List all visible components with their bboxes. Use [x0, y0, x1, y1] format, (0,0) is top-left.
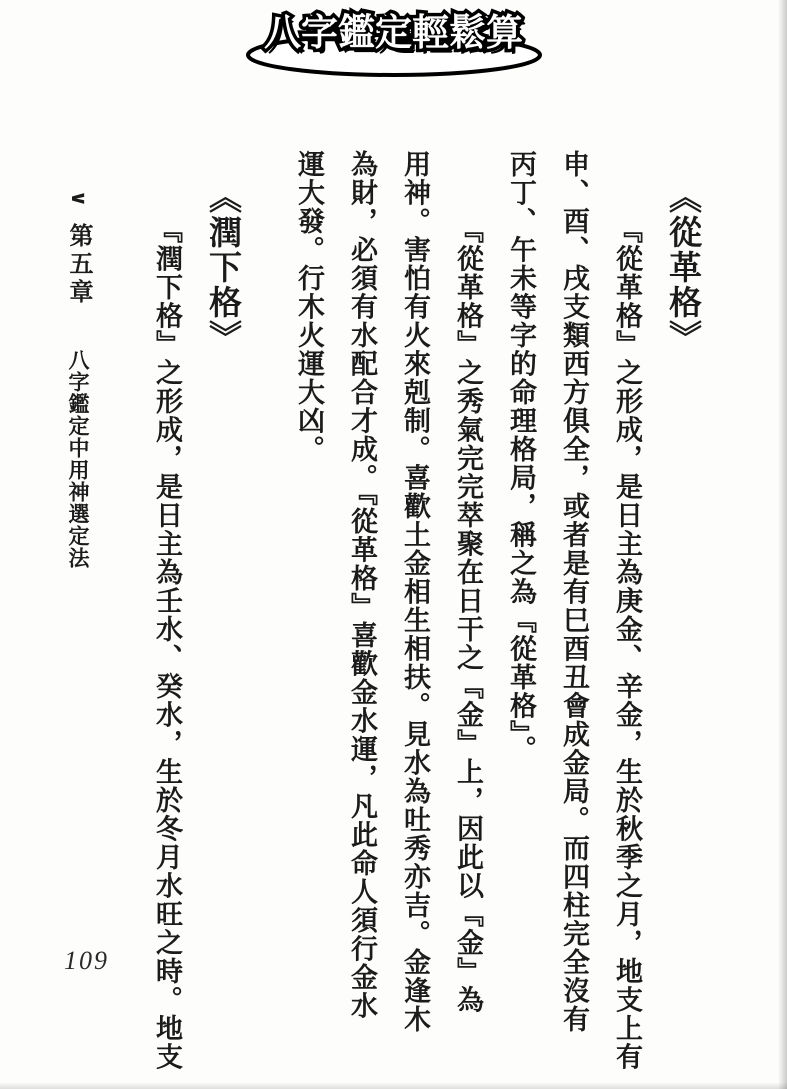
- book-title-text: 八字鑑定輕鬆算: [264, 12, 523, 53]
- chapter-title: 八字鑑定中用神選定法: [66, 349, 90, 569]
- text-column: 為財，必須有水配合才成。『從革格』喜歡金水運，凡此命人須行金水: [335, 150, 388, 1044]
- text-column: 運大發。行木火運大凶。: [282, 150, 335, 1044]
- main-text-block: 《從革格》 『從革格』之形成，是日主為庚金、辛金，生於秋季之月，地支上有 申、酉…: [140, 150, 710, 1044]
- chapter-number: 第五章: [65, 223, 91, 307]
- book-logo: 八字鑑定輕鬆算 八字鑑定輕鬆算: [239, 2, 549, 78]
- section-heading-congge: 《從革格》: [653, 150, 710, 1044]
- text-column: 『潤下格』之形成，是日主為壬水、癸水，生於冬月水旺之時。地支: [140, 150, 193, 1044]
- text-column: 丙丁、午未等字的命理格局，稱之為『從革格』。: [494, 150, 547, 1044]
- chapter-sidebar: ∨ 第五章 八字鑑定中用神選定法: [58, 190, 98, 750]
- text-column: 申、酉、戌支類西方俱全，或者是有巳酉丑會成金局。而四柱完全沒有: [547, 150, 600, 1044]
- section-heading-runxiage: 《潤下格》: [193, 150, 250, 1044]
- book-title-logo: 八字鑑定輕鬆算 八字鑑定輕鬆算: [264, 2, 523, 56]
- text-column: 用神。害怕有火來剋制。喜歡土金相生相扶。見水為吐秀亦吉。金逢木: [388, 150, 441, 1044]
- text-column: 『從革格』之形成，是日主為庚金、辛金，生於秋季之月，地支上有: [600, 150, 653, 1044]
- book-page: 八字鑑定輕鬆算 八字鑑定輕鬆算 《從革格》 『從革格』之形成，是日主為庚金、辛金…: [0, 0, 787, 1089]
- section-arrow-icon: ∨: [67, 190, 90, 207]
- scan-edge-bottom: [0, 1082, 787, 1089]
- text-column: 『從革格』之秀氣完完萃聚在日干之『金』上，因此以『金』為: [441, 150, 494, 1044]
- page-number: 109: [64, 946, 109, 976]
- scan-edge-right: [778, 0, 787, 1089]
